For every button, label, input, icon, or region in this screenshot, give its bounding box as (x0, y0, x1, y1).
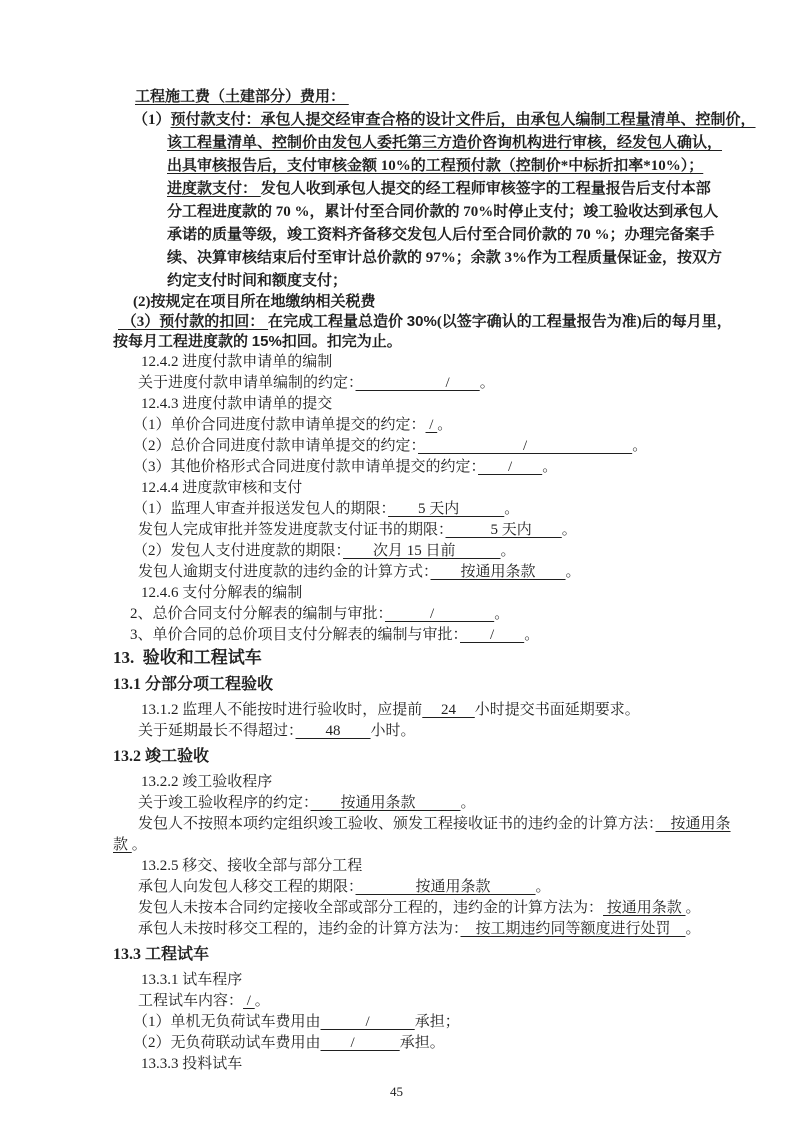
text-segment: 。 (255, 993, 270, 1009)
clause-heading: 13.3.1 试车程序 (141, 970, 713, 991)
underlined-text: 工程施工费（土建部分）费用： (135, 89, 349, 105)
text-segment: 关于竣工验收程序的约定： (138, 795, 311, 811)
fill-in-blank: / (243, 993, 255, 1009)
fill-in-blank: 按通用条款 (356, 879, 536, 895)
heading-text: 13.1 分部分项工程验收 (113, 676, 273, 693)
doc-line: 2、总价合同支付分解表的编制与审批： / 。 (130, 604, 713, 625)
text-segment: 按每月工程进度款的 (113, 334, 252, 350)
section-heading-13-3: 13.3 工程试车 (113, 943, 713, 967)
text-segment: (以签字确认的工程量报告为准)后的每月里， (437, 314, 732, 330)
text-segment: （1）单价合同进度付款申请单提交的约定： (133, 417, 426, 433)
text-segment: 。 (632, 438, 647, 454)
doc-line: 发包人逾期支付进度款的违约金的计算方式： 按通用条款 。 (138, 562, 713, 583)
doc-line: （2）无负荷联动试车费用由 / 承担。 (133, 1033, 713, 1054)
text-segment: 扣回。扣完为止。 (282, 334, 402, 350)
text-segment: 12.4.2 进度付款申请单的编制 (141, 354, 332, 370)
fill-in-blank: / (321, 1014, 415, 1030)
text-segment: 承诺的质量等级，竣工资料齐备移交发包人后付至合同价款的 70 %；办理完备案手 (167, 227, 715, 243)
text-segment: 。 (524, 627, 539, 643)
doc-line: 关于延期最长不得超过： 48 小时。 (138, 721, 713, 742)
text-segment: 发包人不按照本项约定组织竣工验收、颁发工程接收证书的违约金的计算方法： (138, 816, 656, 832)
text-segment: 。 (494, 606, 509, 622)
clause-heading: 12.4.6 支付分解表的编制 (141, 583, 713, 604)
contract-document-page: 工程施工费（土建部分）费用： （1）预付款支付：承包人提交经审查合格的设计文件后… (0, 0, 793, 1122)
doc-line: 分工程进度款的 70 %，累计付至合同价款的 70%时停止支付；竣工验收达到承包… (167, 201, 713, 224)
doc-line: 承包人向发包人移交工程的期限： 按通用条款 。 (138, 877, 713, 898)
doc-line: （2）发包人支付进度款的期限： 次月 15 日前 。 (133, 541, 713, 562)
section-heading-13-1: 13.1 分部分项工程验收 (113, 673, 713, 697)
text-segment: 。 (437, 417, 452, 433)
text-segment: 。 (461, 795, 476, 811)
text-segment: 约定支付时间和额度支付； (167, 273, 347, 289)
text-segment: 续、决算审核结束后付至审计总价款的 97%；余款 3%作为工程质量保证金，按双方 (167, 250, 722, 266)
fill-in-blank: 24 (422, 702, 475, 718)
doc-line: 约定支付时间和额度支付； (167, 270, 713, 293)
fill-in-blank: 按通用条款 (603, 900, 686, 916)
heading-text: 13. 验收和工程试车 (113, 648, 262, 667)
underlined-text: （3）预付款的扣回： (118, 314, 268, 330)
heading-text: 13.2 竣工验收 (113, 748, 209, 765)
fill-in-blank: 48 (296, 723, 371, 739)
text-segment: 小时提交书面延期要求。 (475, 702, 640, 718)
text-segment: 。 (562, 522, 577, 538)
doc-line: （1）单机无负荷试车费用由 / 承担； (133, 1012, 713, 1033)
doc-line: （1）监理人审查并报送发包人的期限： 5 天内 。 (133, 499, 713, 520)
clause-heading: 12.4.3 进度付款申请单的提交 (141, 394, 713, 415)
text-segment: 2、总价合同支付分解表的编制与审批： (130, 606, 385, 622)
text-segment: 在完成工程量总造价 (268, 314, 407, 330)
section-heading-13: 13. 验收和工程试车 (113, 646, 713, 670)
underlined-text: 该工程量清单、控制价由发包人委托第三方造价咨询机构进行审核，经发包人确认， (167, 135, 722, 151)
text-segment: （3）其他价格形式合同进度付款申请单提交的约定： (133, 459, 478, 475)
text-segment: 承包人向发包人移交工程的期限： (138, 879, 356, 895)
fill-in-blank: / (460, 627, 524, 643)
heading-text: 13.3 工程试车 (113, 946, 209, 963)
text-segment: 工程试车内容： (138, 993, 243, 1009)
doc-line: 发包人不按照本项约定组织竣工验收、颁发工程接收证书的违约金的计算方法： 按通用条 (138, 814, 713, 835)
text-segment: 承担； (415, 1014, 460, 1030)
text-segment: 。 (566, 564, 581, 580)
text-segment: 。 (132, 837, 147, 853)
list-marker: （1） (133, 112, 171, 128)
text-segment: 13.3.1 试车程序 (141, 972, 242, 988)
text-segment: 发包人逾期支付进度款的违约金的计算方式： (138, 564, 431, 580)
doc-line: 承包人未按时移交工程的，违约金的计算方法为： 按工期违约同等额度进行处罚 。 (138, 919, 713, 940)
doc-line: 按每月工程进度款的 15%扣回。扣完为止。 (113, 332, 713, 352)
clause-heading: 13.2.2 竣工验收程序 (141, 772, 713, 793)
text-segment: 。 (480, 375, 495, 391)
text-segment: （1）监理人审查并报送发包人的期限： (133, 501, 388, 517)
doc-line: （1）预付款支付：承包人提交经审查合格的设计文件后，由承包人编制工程量清单、控制… (133, 109, 713, 132)
fill-in-blank: / (321, 1035, 400, 1051)
doc-line: 进度款支付： 发包人收到承包人提交的经工程师审核签字的工程量报告后支付本部 (167, 178, 713, 201)
underlined-text: 预付款支付：承包人提交经审查合格的设计文件后，由承包人编制工程量清单、控制价， (171, 112, 756, 128)
fill-in-blank: 按通用条 (656, 816, 731, 832)
doc-line: （2）总价合同进度付款申请单提交的约定： / 。 (133, 436, 713, 457)
text-segment: 承担。 (400, 1035, 445, 1051)
underlined-text: 进度款支付： (167, 181, 261, 197)
clause-heading: 12.4.2 进度付款申请单的编制 (141, 352, 713, 373)
text-segment: （1）单机无负荷试车费用由 (133, 1014, 321, 1030)
text-segment: 13.1.2 监理人不能按时进行验收时，应提前 (141, 702, 422, 718)
section-heading-13-2: 13.2 竣工验收 (113, 745, 713, 769)
doc-line: 13.1.2 监理人不能按时进行验收时，应提前 24 小时提交书面延期要求。 (141, 700, 713, 721)
doc-line: 关于进度付款申请单编制的约定： / 。 (138, 373, 713, 394)
text-segment: 13.2.5 移交、接收全部与部分工程 (141, 858, 362, 874)
text-segment: 。 (536, 879, 551, 895)
text-segment: 分工程进度款的 70 %，累计付至合同价款的 70%时停止支付；竣工验收达到承包… (167, 204, 718, 220)
doc-line: 3、单价合同的总价项目支付分解表的编制与审批： / 。 (130, 625, 713, 646)
fill-in-blank: / (426, 417, 438, 433)
doc-line: （3）预付款的扣回： 在完成工程量总造价 30%(以签字确认的工程量报告为准)后… (118, 312, 713, 332)
doc-line: (2)按规定在项目所在地缴纳相关税费 (133, 293, 713, 312)
text-segment: 3、单价合同的总价项目支付分解表的编制与审批： (130, 627, 460, 643)
text-segment: 13.3.3 投料试车 (141, 1056, 242, 1072)
fill-in-blank: 5 天内 (446, 522, 562, 538)
fill-in-blank: 次月 15 日前 (343, 543, 501, 559)
fill-in-blank: / (356, 375, 480, 391)
text-segment: 。 (501, 543, 516, 559)
text-segment: (2)按规定在项目所在地缴纳相关税费 (133, 294, 376, 310)
fill-in-blank: 按工期违约同等额度进行处罚 (461, 921, 686, 937)
doc-line: （1）单价合同进度付款申请单提交的约定： / 。 (133, 415, 713, 436)
doc-line: （3）其他价格形式合同进度付款申请单提交的约定： / 。 (133, 457, 713, 478)
fill-in-blank: 5 天内 (388, 501, 504, 517)
fill-in-blank: 按通用条款 (431, 564, 566, 580)
text-segment: 关于进度付款申请单编制的约定： (138, 375, 356, 391)
text-segment: 发包人完成审批并签发进度款支付证书的期限： (138, 522, 446, 538)
text-segment: 关于延期最长不得超过： (138, 723, 296, 739)
doc-line: 承诺的质量等级，竣工资料齐备移交发包人后付至合同价款的 70 %；办理完备案手 (167, 224, 713, 247)
doc-line: 款 。 (113, 835, 713, 856)
clause-heading: 13.2.5 移交、接收全部与部分工程 (141, 856, 713, 877)
doc-line: 续、决算审核结束后付至审计总价款的 97%；余款 3%作为工程质量保证金，按双方 (167, 247, 713, 270)
doc-line: 发包人未按本合同约定接收全部或部分工程的，违约金的计算方法为： 按通用条款 。 (138, 898, 713, 919)
clause-heading: 12.4.4 进度款审核和支付 (141, 478, 713, 499)
underlined-text: 出具审核报告后，支付审核金额 10%的工程预付款（控制价*中标折扣率*10%）； (167, 158, 703, 174)
fill-in-blank: 按通用条款 (311, 795, 461, 811)
fill-in-blank: 款 (113, 837, 132, 853)
text-segment: 。 (686, 921, 701, 937)
fill-in-blank: / (385, 606, 494, 622)
doc-line: 关于竣工验收程序的约定： 按通用条款 。 (138, 793, 713, 814)
text-segment: 发包人收到承包人提交的经工程师审核签字的工程量报告后支付本部 (261, 181, 711, 197)
text-segment: 小时。 (371, 723, 416, 739)
text-segment: 。 (542, 459, 557, 475)
doc-line: 出具审核报告后，支付审核金额 10%的工程预付款（控制价*中标折扣率*10%）； (167, 155, 713, 178)
clause-heading: 13.3.3 投料试车 (141, 1054, 713, 1075)
text-segment: 12.4.4 进度款审核和支付 (141, 480, 302, 496)
document-body: 工程施工费（土建部分）费用： （1）预付款支付：承包人提交经审查合格的设计文件后… (113, 86, 713, 1075)
text-segment: 。 (686, 900, 701, 916)
fill-in-blank: / (418, 438, 632, 454)
doc-line: 工程试车内容： / 。 (138, 991, 713, 1012)
doc-line: 工程施工费（土建部分）费用： (135, 86, 713, 109)
fill-in-blank: / (478, 459, 542, 475)
doc-line: 该工程量清单、控制价由发包人委托第三方造价咨询机构进行审核，经发包人确认， (167, 132, 713, 155)
text-segment: （2）无负荷联动试车费用由 (133, 1035, 321, 1051)
text-segment: 。 (504, 501, 519, 517)
doc-line: 发包人完成审批并签发进度款支付证书的期限： 5 天内 。 (138, 520, 713, 541)
bold-percentage: 15% (252, 333, 282, 350)
text-segment: 承包人未按时移交工程的，违约金的计算方法为： (138, 921, 461, 937)
text-segment: 12.4.3 进度付款申请单的提交 (141, 396, 332, 412)
bold-percentage: 30% (407, 313, 437, 330)
page-number: 45 (0, 1084, 793, 1100)
text-segment: 12.4.6 支付分解表的编制 (141, 585, 302, 601)
text-segment: 13.2.2 竣工验收程序 (141, 774, 272, 790)
text-segment: （2）总价合同进度付款申请单提交的约定： (133, 438, 418, 454)
text-segment: 发包人未按本合同约定接收全部或部分工程的，违约金的计算方法为： (138, 900, 603, 916)
text-segment: （2）发包人支付进度款的期限： (133, 543, 343, 559)
